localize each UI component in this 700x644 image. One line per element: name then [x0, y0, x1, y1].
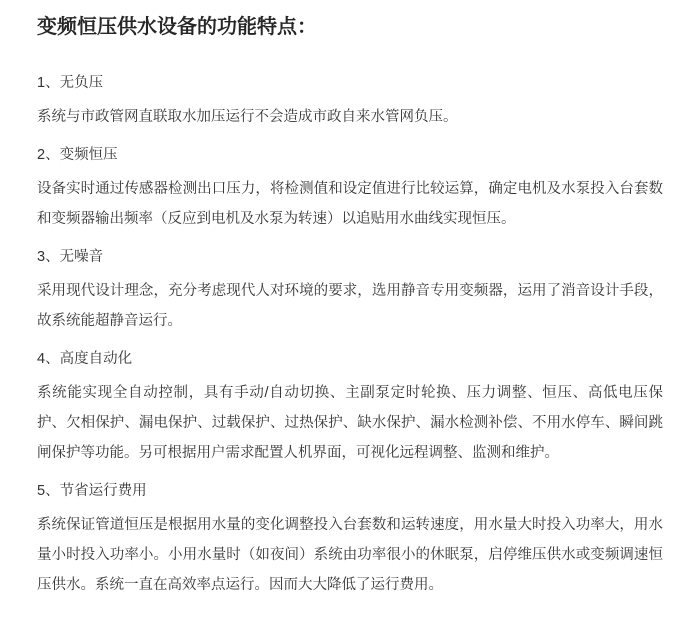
- section-paragraph: 系统能实现全自动控制，具有手动/自动切换、主副泵定时轮换、压力调整、恒压、高低电…: [37, 378, 663, 468]
- section-heading: 1、无负压: [37, 68, 663, 98]
- section-paragraph: 系统保证管道恒压是根据用水量的变化调整投入台套数和运转速度，用水量大时投入功率大…: [37, 510, 663, 600]
- section-paragraph: 系统与市政管网直联取水加压运行不会造成市政自来水管网负压。: [37, 102, 663, 132]
- section-heading: 2、变频恒压: [37, 140, 663, 170]
- section-operating-cost-saving: 5、节省运行费用 系统保证管道恒压是根据用水量的变化调整投入台套数和运转速度，用…: [37, 476, 663, 600]
- document-page: 变频恒压供水设备的功能特点： 1、无负压 系统与市政管网直联取水加压运行不会造成…: [0, 0, 700, 644]
- section-no-negative-pressure: 1、无负压 系统与市政管网直联取水加压运行不会造成市政自来水管网负压。: [37, 68, 663, 132]
- section-paragraph: 设备实时通过传感器检测出口压力，将检测值和设定值进行比较运算，确定电机及水泵投入…: [37, 174, 663, 234]
- section-variable-frequency-constant-pressure: 2、变频恒压 设备实时通过传感器检测出口压力，将检测值和设定值进行比较运算，确定…: [37, 140, 663, 234]
- section-high-automation: 4、高度自动化 系统能实现全自动控制，具有手动/自动切换、主副泵定时轮换、压力调…: [37, 344, 663, 468]
- page-title: 变频恒压供水设备的功能特点：: [37, 12, 663, 42]
- section-heading: 4、高度自动化: [37, 344, 663, 374]
- section-heading: 3、无噪音: [37, 242, 663, 272]
- section-paragraph: 采用现代设计理念，充分考虑现代人对环境的要求，选用静音专用变频器，运用了消音设计…: [37, 276, 663, 336]
- section-no-noise: 3、无噪音 采用现代设计理念，充分考虑现代人对环境的要求，选用静音专用变频器，运…: [37, 242, 663, 336]
- section-heading: 5、节省运行费用: [37, 476, 663, 506]
